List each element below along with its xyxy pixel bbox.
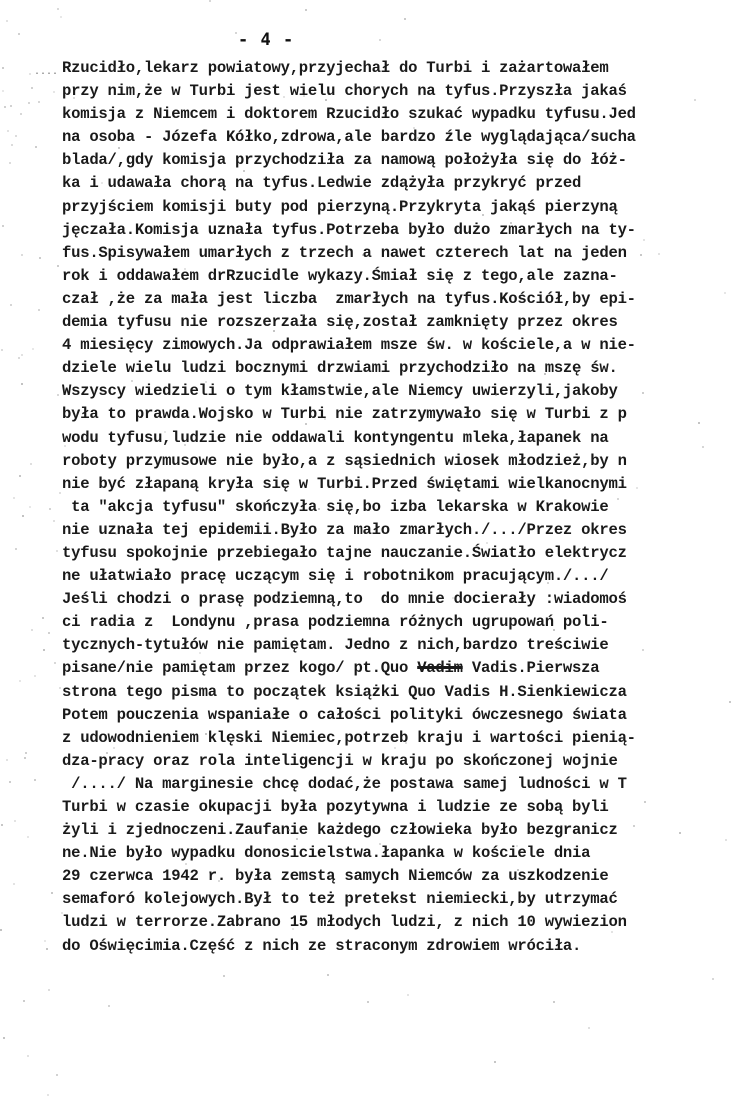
scan-speck [19,475,21,477]
text-line: 4 miesięcy zimowych.Ja odprawiałem msze … [62,334,736,357]
scan-speck [325,99,327,101]
scan-speck [10,105,12,107]
scan-speck [39,257,41,259]
text-line: dza-pracy oraz rola inteligencji w kraju… [62,750,736,773]
scan-speck [59,492,61,494]
text-line: Jeśli chodzi o prasę podziemną,to do mni… [62,588,736,611]
scan-speck [21,383,23,385]
scan-speck [185,863,187,865]
scan-speck [31,629,33,631]
scan-speck [223,975,225,977]
scan-speck [15,135,17,137]
text-line: była to prawda.Wojsko w Turbi nie zatrzy… [62,403,736,426]
document-page: - 4 - .... Rzucidło,lekarz powiatowy,prz… [0,0,736,1104]
scan-speck [405,742,407,744]
text-line: tyfusu spokojnie przebiegało tajne naucz… [62,542,736,565]
text-line: czał ,że za mała jest liczba zmarłych na… [62,288,736,311]
scan-speck [14,820,16,822]
scan-speck [35,146,37,148]
text-line: Potem pouczenia wspaniałe o całości poli… [62,704,736,727]
scan-speck [729,701,731,703]
scan-speck [4,106,6,108]
scan-speck [15,548,17,550]
scan-speck [29,73,31,75]
scan-speck [407,994,409,996]
text-line: żyli i zjednoczeni.Zaufanie każdego czło… [62,819,736,842]
scan-speck [44,940,46,942]
text-line: ta "akcja tyfusu" skończyła się,bo izba … [62,496,736,519]
text-line: blada/,gdy komisja przychodziła za namow… [62,149,736,172]
scan-speck [3,1037,5,1039]
scan-speck [59,687,61,689]
scan-speck [108,1005,110,1007]
scan-speck [56,550,58,552]
scan-speck [254,274,256,276]
scan-speck [452,597,454,599]
scan-speck [29,506,31,508]
text-line: wodu tyfusu,ludzie nie oddawali kontynge… [62,427,736,450]
text-line: do Oświęcimia.Część z nich ze straconym … [62,935,736,958]
text-line: semaforó kolejowych.Był to też pretekst … [62,888,736,911]
scan-speck [53,520,55,522]
scan-speck [278,596,280,598]
text-line: strona tego pisma to początek książki Qu… [62,681,736,704]
scan-speck [38,101,40,103]
page-number: - 4 - [238,30,294,50]
scan-speck [2,225,4,227]
scan-speck [1,824,3,826]
scan-speck [9,781,11,783]
text-line: z udowodnieniem klęski Niemiec,potrzeb k… [62,727,736,750]
scan-speck [698,422,700,424]
scan-speck [373,87,375,89]
scan-speck [636,487,638,489]
scan-speck [57,394,59,396]
text-line: 29 czerwca 1942 r. była zemstą samych Ni… [62,865,736,888]
scan-speck [10,304,12,306]
scan-speck [25,752,27,754]
scan-speck [18,33,20,35]
scan-speck [57,265,59,267]
text-line: komisja z Niemcem i doktorem Rzucidło sz… [62,103,736,126]
scan-speck [544,373,546,375]
scan-speck [379,39,381,41]
text-line: Rzucidło,lekarz powiatowy,przyjechał do … [62,57,736,80]
text-line: ne ułatwiało pracę uczącym się i robotni… [62,565,736,588]
scan-speck [23,1000,25,1002]
text-line: fus.Spisywałem umarłych z trzech a nawet… [62,242,736,265]
scan-speck [13,883,15,885]
scan-speck [362,254,364,256]
scan-speck [19,680,21,682]
scan-speck [54,662,56,664]
text-line: nie uznała tej epidemii.Było za mało zma… [62,519,736,542]
scan-speck [305,9,307,11]
scan-speck [51,892,53,894]
text-line: przy nim,że w Turbi jest wielu chorych n… [62,80,736,103]
scan-speck [184,344,186,346]
scan-speck [6,20,8,22]
text-line: na osoba - Józefa Kółko,zdrowa,ale bardz… [62,126,736,149]
text-line: /..../ Na marginesie chcę dodać,że posta… [62,773,736,796]
scan-speck [588,1027,590,1029]
text-line: ka i udawała chorą na tyfus.Ledwie zdąży… [62,172,736,195]
scan-speck [258,88,260,90]
scan-speck [712,978,714,980]
scan-speck [22,515,24,517]
margin-mark: .... [34,66,58,77]
text-line: ne.Nie było wypadku donosicielstwa.łapan… [62,842,736,865]
scan-speck [0,929,2,931]
scan-speck [20,113,22,115]
text-line: nie być złapaną kryła się w Turbi.Przed … [62,473,736,496]
text-line: Wszyscy wiedzieli o tym kłamstwie,ale Ni… [62,380,736,403]
struck-out-word: Vadim [417,659,463,677]
typewritten-body-text: Rzucidło,lekarz powiatowy,przyjechał do … [62,57,736,958]
scan-speck [494,1061,496,1063]
scan-speck [30,463,32,465]
scan-speck [644,801,646,803]
scan-speck [31,87,33,89]
scan-speck [11,144,13,146]
scan-speck [57,8,59,10]
scan-speck [53,91,55,93]
scan-speck [67,574,69,576]
text-line: pisane/nie pamiętam przez kogo/ pt.Quo V… [62,657,736,680]
scan-speck [34,675,36,677]
text-line: ludzi w terrorze.Zabrano 15 młodych ludz… [62,911,736,934]
scan-speck [60,16,62,18]
scan-speck [642,392,644,394]
scan-speck [21,354,23,356]
scan-speck [327,974,329,976]
scan-speck [56,1074,58,1076]
scan-speck [296,838,298,840]
scan-speck [550,758,552,760]
scan-speck [34,779,36,781]
scan-speck [18,357,20,359]
scan-speck [283,96,285,98]
scan-speck [6,759,8,761]
scan-speck [13,497,15,499]
scan-speck [47,1094,49,1096]
scan-speck [27,836,29,838]
scan-speck [367,1001,369,1003]
scan-speck [32,348,34,350]
text-line: dziele wielu ludzi bocznymi drzwiami prz… [62,357,736,380]
text-line: rok i oddawałem drRzucidle wykazy.Śmiał … [62,265,736,288]
scan-speck [640,254,642,256]
scan-speck [694,99,696,101]
scan-speck [61,912,63,914]
text-line: Turbi w czasie okupacji była pozytywna i… [62,796,736,819]
scan-speck [243,170,245,172]
scan-speck [273,330,275,332]
scan-speck [48,989,50,991]
scan-speck [42,617,44,619]
text-line: tycznych-tytułów nie pamiętam. Jedno z n… [62,634,736,657]
scan-speck [9,162,11,164]
scan-speck [7,130,9,132]
scan-speck [702,446,704,448]
scan-speck [43,649,45,651]
scan-speck [48,632,50,634]
scan-speck [239,484,241,486]
scan-speck [101,182,103,184]
scan-speck [642,649,644,651]
scan-speck [2,90,4,92]
scan-speck [404,18,406,20]
text-line: jęczała.Komisja uznała tyfus.Potrzeba by… [62,219,736,242]
scan-speck [1,349,3,351]
scan-speck [2,67,4,69]
scan-speck [617,498,619,500]
scan-speck [218,880,220,882]
scan-speck [28,102,30,104]
scan-speck [27,1055,29,1057]
text-line: przyjściem komisji buty pod pierzyną.Prz… [62,196,736,219]
scan-speck [288,829,290,831]
scan-speck [658,253,660,255]
scan-speck [21,254,23,256]
scan-speck [24,757,26,759]
scan-speck [49,508,51,510]
scan-speck [46,948,48,950]
text-line: demia tyfusu nie rozszerzała się,został … [62,311,736,334]
text-line: ci radia z Londynu ,prasa podziemna różn… [62,611,736,634]
scan-speck [553,1001,555,1003]
scan-speck [38,309,40,311]
text-line: roboty przymusowe nie było,a z sąsiednic… [62,450,736,473]
scan-speck [209,0,211,2]
